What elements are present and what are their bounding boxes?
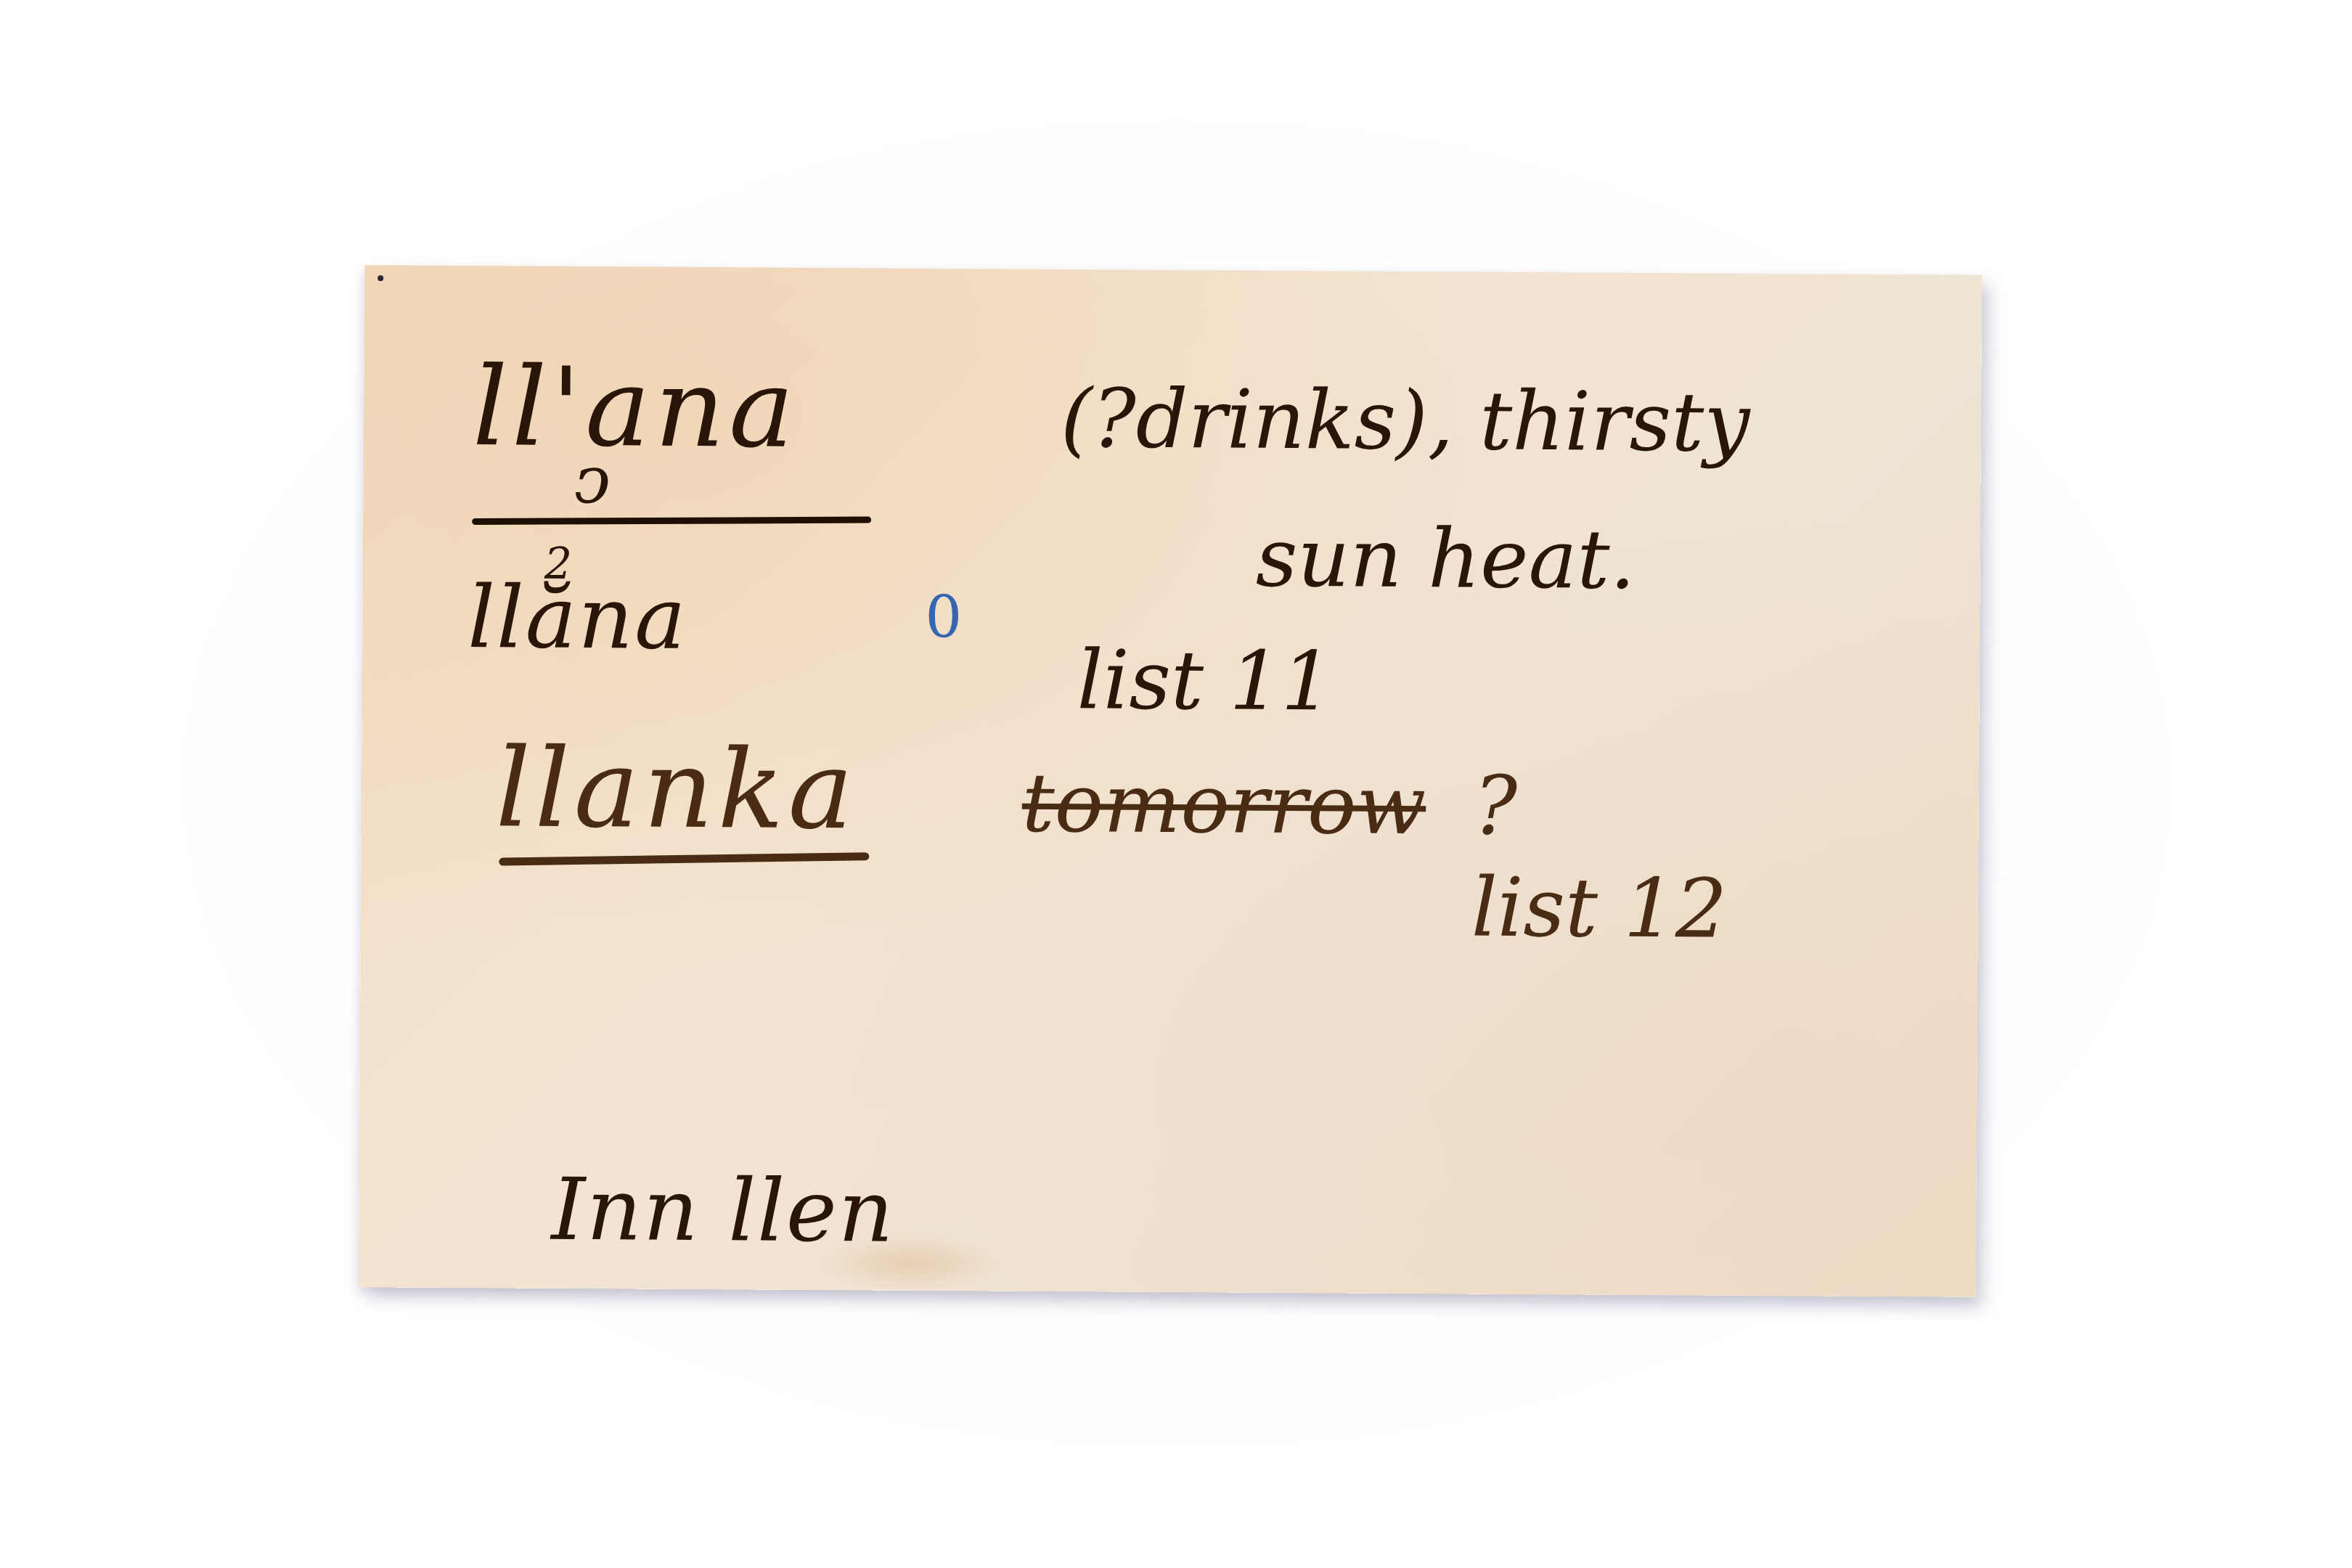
struck-word: tomorrow <box>1021 756 1426 853</box>
entry-3-underline <box>499 852 869 866</box>
list-reference-12: list 12 <box>1471 867 1728 950</box>
question-mark: ? <box>1473 759 1517 854</box>
entry-1-divider-rule <box>472 517 871 525</box>
index-card: ll'ana ↄ 2 llăna 0 llanka (?drinks), thi… <box>359 265 1983 1297</box>
blue-ink-mark: 0 <box>925 588 962 646</box>
entry-2-word: llăna <box>467 574 687 661</box>
ink-speck <box>377 275 383 281</box>
definition-line-1: (?drinks), thirsty <box>1061 378 1750 464</box>
entry-3-word: llanka <box>495 734 857 845</box>
signature: Inn llen <box>551 1167 895 1254</box>
definition-line-2: sun heat. <box>1256 518 1636 601</box>
entry-1-word: ll'ana <box>473 353 799 464</box>
photo-background: ll'ana ↄ 2 llăna 0 llanka (?drinks), thi… <box>0 0 2352 1568</box>
list-reference-11: list 11 <box>1077 640 1334 722</box>
entry-1-mark: ↄ <box>573 448 611 513</box>
